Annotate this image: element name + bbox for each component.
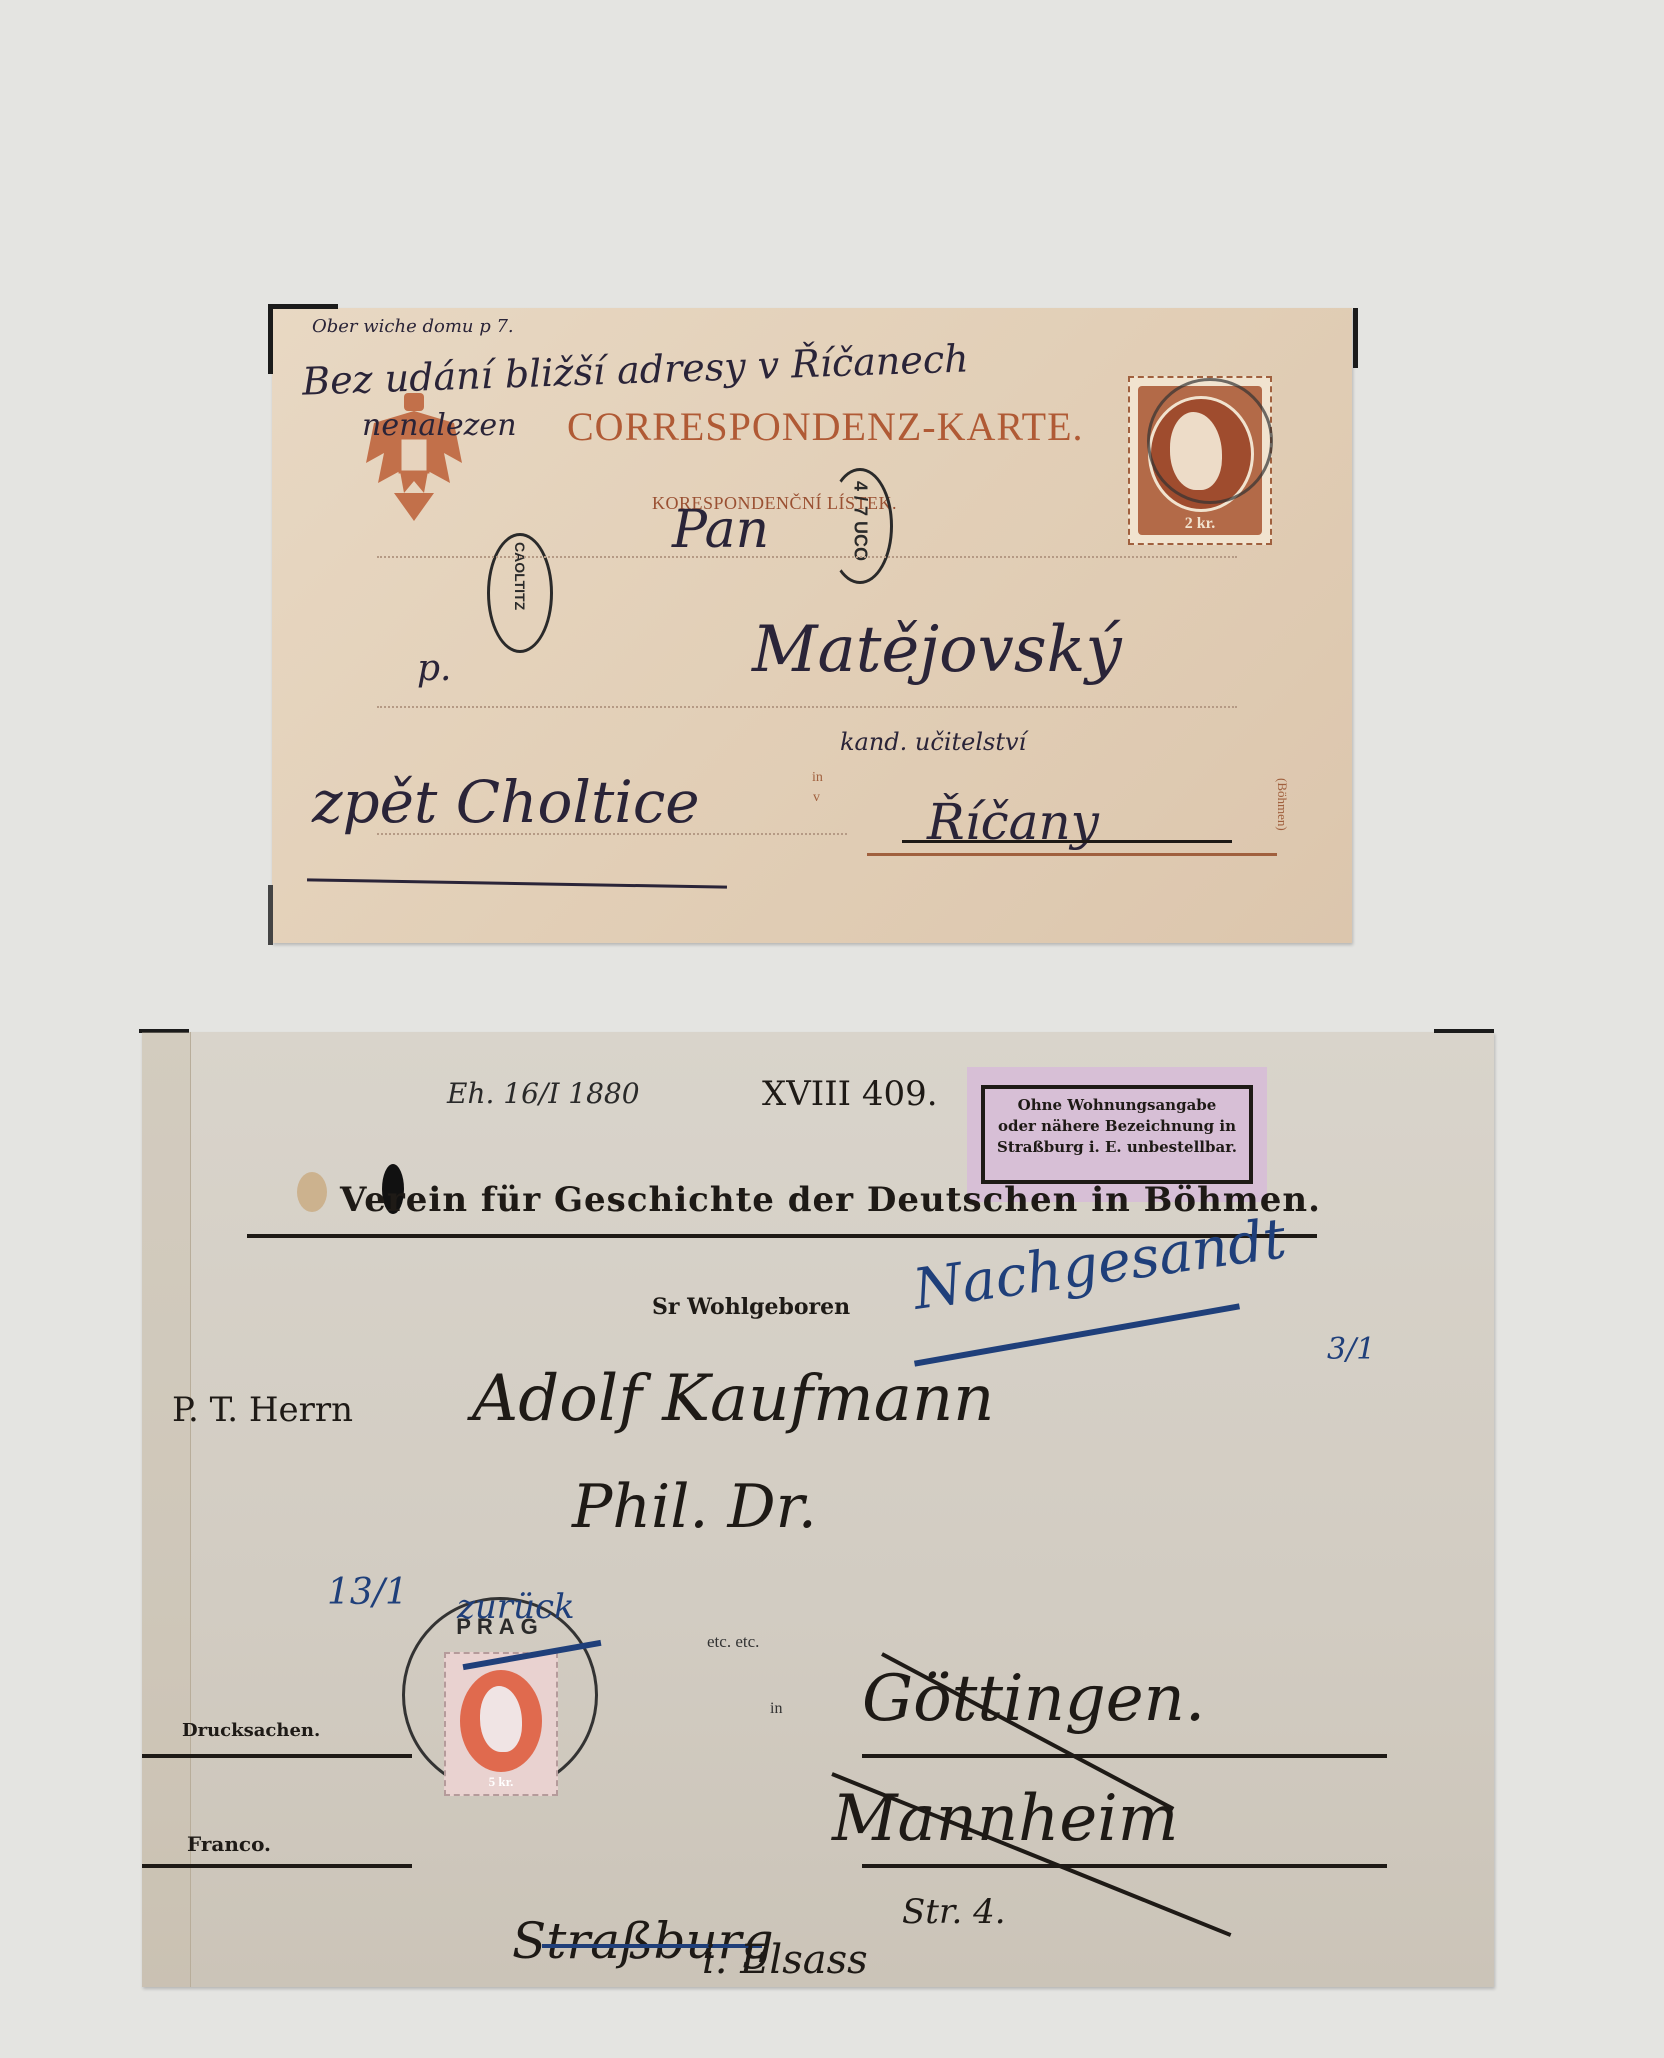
card-title: CORRESPONDENZ-KARTE. xyxy=(567,403,1084,450)
stamp-5kr: 5 kr. xyxy=(444,1652,558,1796)
society-header: Verein für Geschichte der Deutschen in B… xyxy=(340,1180,1321,1220)
address-line xyxy=(377,706,1237,708)
mount-corner xyxy=(1434,1029,1494,1033)
mount-corner xyxy=(1353,308,1358,368)
franco-label: Franco. xyxy=(187,1832,271,1856)
archive-note: Eh. 16/I 1880 xyxy=(447,1077,640,1110)
postmark-right: 4 / 7 UCO xyxy=(827,468,893,584)
handwritten-title: Phil. Dr. xyxy=(572,1472,817,1542)
handwritten-underline xyxy=(307,878,727,888)
printed-v: v xyxy=(813,790,820,806)
in-text: in xyxy=(770,1700,782,1718)
handwritten-region: i. Elsass xyxy=(702,1937,868,1983)
printed-in: in xyxy=(812,770,823,786)
handwritten-return-number: 13/1 xyxy=(327,1572,408,1613)
postmark-on-stamp xyxy=(1147,378,1273,504)
franco-rule xyxy=(142,1864,412,1868)
postcard: CORRESPONDENZ-KARTE. KORESPONDENČNÍ LÍST… xyxy=(272,308,1352,943)
label-line-2: oder nähere Bezeichnung in xyxy=(985,1116,1249,1137)
mount-corner xyxy=(268,304,338,309)
handwritten-note: kand. učitelství xyxy=(840,728,1026,756)
handwritten-salutation: Pan xyxy=(672,500,769,560)
etc-text: etc. etc. xyxy=(707,1632,759,1652)
strike-line xyxy=(902,840,1232,843)
mount-corner xyxy=(268,885,273,945)
handwritten-top-note: Ober wiche domu p 7. xyxy=(312,316,514,337)
stamp-value: 2 kr. xyxy=(1130,515,1270,533)
handwritten-line-2: nenalezen xyxy=(362,408,517,443)
reference-number: XVIII 409. xyxy=(762,1074,938,1114)
city-rule-2 xyxy=(862,1864,1387,1868)
label-line-1: Ohne Wohnungsangabe xyxy=(985,1095,1249,1116)
recipient-prefix: P. T. Herrn xyxy=(172,1390,353,1430)
city-rule-1 xyxy=(862,1754,1387,1758)
printed-bohemia: (Böhmen) xyxy=(1274,778,1290,831)
handwritten-return: zpět Choltice xyxy=(312,768,700,836)
printed-matter-wrapper: Eh. 16/I 1880 XVIII 409. Ohne Wohnungsan… xyxy=(142,1032,1494,1987)
handwritten-addressee: Matějovský xyxy=(752,613,1122,687)
drucksachen-label: Drucksachen. xyxy=(182,1720,320,1741)
handwritten-street: Str. 4. xyxy=(902,1892,1006,1932)
handwritten-line-1: Bez udání bližší adresy v Říčanech xyxy=(301,336,969,403)
handwritten-return: zurück xyxy=(457,1587,575,1627)
stain xyxy=(297,1172,327,1212)
address-line xyxy=(377,556,1237,558)
druck-rule xyxy=(142,1754,412,1758)
mount-corner xyxy=(268,304,273,374)
stamp-value: 5 kr. xyxy=(446,1774,556,1790)
handwritten-recipient: Adolf Kaufmann xyxy=(472,1362,994,1436)
postmark-left: CAOLTITZ xyxy=(487,533,553,653)
torn-edge xyxy=(142,1032,191,1987)
handwritten-forward-date: 3/1 xyxy=(1327,1332,1375,1367)
address-line xyxy=(867,853,1277,856)
honorific: Sr Wohlgeboren xyxy=(652,1294,850,1320)
handwritten-prefix: p. xyxy=(417,648,452,689)
label-line-3: Straßburg i. E. unbestellbar. xyxy=(985,1137,1249,1158)
